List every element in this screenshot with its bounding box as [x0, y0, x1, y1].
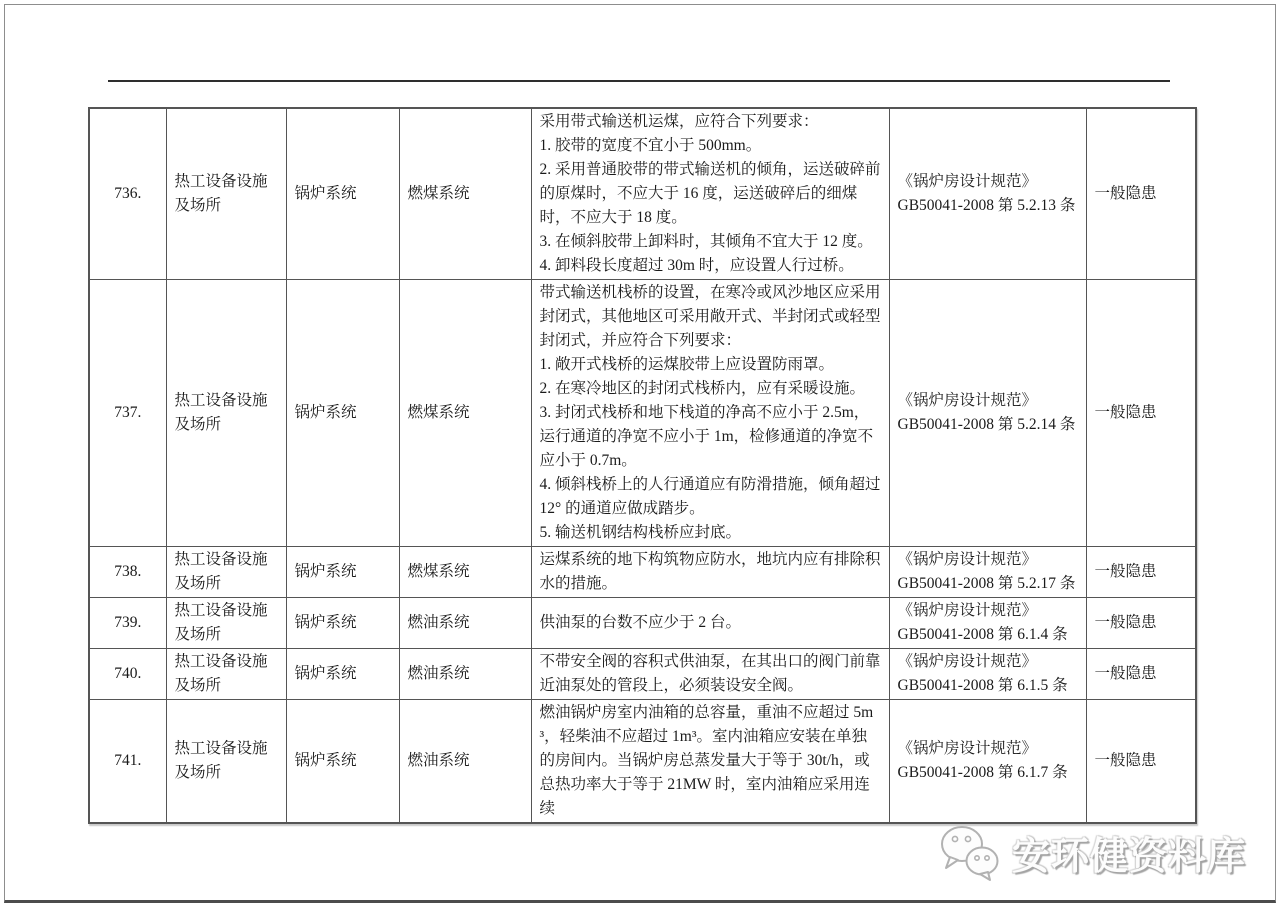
system-cell: 锅炉系统: [286, 700, 399, 824]
table-row: 741. 热工设备设施及场所 锅炉系统 燃油系统 燃油锅炉房室内油箱的总容量，重…: [89, 700, 1196, 824]
row-number-cell: 738.: [89, 547, 166, 598]
subsystem-cell: 燃煤系统: [399, 280, 531, 547]
hazard-level-cell: 一般隐患: [1086, 108, 1196, 280]
system-cell: 锅炉系统: [286, 108, 399, 280]
subsystem-cell: 燃油系统: [399, 649, 531, 700]
hazard-level-cell: 一般隐患: [1086, 649, 1196, 700]
table-row: 739. 热工设备设施及场所 锅炉系统 燃油系统 供油泵的台数不应少于 2 台。…: [89, 598, 1196, 649]
subsystem-cell: 燃煤系统: [399, 547, 531, 598]
row-number-cell: 736.: [89, 108, 166, 280]
header-rule: [108, 80, 1170, 82]
hazard-level-cell: 一般隐患: [1086, 280, 1196, 547]
reference-cell: 《锅炉房设计规范》 GB50041-2008 第 5.2.14 条: [889, 280, 1086, 547]
row-number-cell: 737.: [89, 280, 166, 547]
category-cell: 热工设备设施及场所: [166, 700, 286, 824]
reference-cell: 《锅炉房设计规范》 GB50041-2008 第 5.2.13 条: [889, 108, 1086, 280]
document-page: 736. 热工设备设施及场所 锅炉系统 燃煤系统 采用带式输送机运煤，应符合下列…: [0, 0, 1280, 905]
category-cell: 热工设备设施及场所: [166, 649, 286, 700]
hazard-level-cell: 一般隐患: [1086, 547, 1196, 598]
watermark-text: 安环健资料库: [1012, 825, 1246, 880]
requirement-cell: 不带安全阀的容积式供油泵，在其出口的阀门前靠近油泵处的管段上，必须装设安全阀。: [531, 649, 889, 700]
category-cell: 热工设备设施及场所: [166, 598, 286, 649]
row-number-cell: 739.: [89, 598, 166, 649]
category-cell: 热工设备设施及场所: [166, 280, 286, 547]
category-cell: 热工设备设施及场所: [166, 108, 286, 280]
wechat-icon: [938, 822, 1002, 882]
requirement-cell: 运煤系统的地下构筑物应防水，地坑内应有排除积水的措施。: [531, 547, 889, 598]
watermark: 安环健资料库: [938, 822, 1246, 882]
category-cell: 热工设备设施及场所: [166, 547, 286, 598]
hazard-level-cell: 一般隐患: [1086, 598, 1196, 649]
subsystem-cell: 燃油系统: [399, 700, 531, 824]
reference-cell: 《锅炉房设计规范》 GB50041-2008 第 6.1.4 条: [889, 598, 1086, 649]
table-row: 736. 热工设备设施及场所 锅炉系统 燃煤系统 采用带式输送机运煤，应符合下列…: [89, 108, 1196, 280]
reference-cell: 《锅炉房设计规范》 GB50041-2008 第 5.2.17 条: [889, 547, 1086, 598]
row-number-cell: 741.: [89, 700, 166, 824]
system-cell: 锅炉系统: [286, 649, 399, 700]
system-cell: 锅炉系统: [286, 547, 399, 598]
system-cell: 锅炉系统: [286, 280, 399, 547]
table-row: 740. 热工设备设施及场所 锅炉系统 燃油系统 不带安全阀的容积式供油泵，在其…: [89, 649, 1196, 700]
requirement-cell: 采用带式输送机运煤，应符合下列要求： 1. 胶带的宽度不宜小于 500mm。 2…: [531, 108, 889, 280]
hazard-checklist-table: 736. 热工设备设施及场所 锅炉系统 燃煤系统 采用带式输送机运煤，应符合下列…: [88, 107, 1197, 824]
subsystem-cell: 燃煤系统: [399, 108, 531, 280]
requirement-cell: 供油泵的台数不应少于 2 台。: [531, 598, 889, 649]
subsystem-cell: 燃油系统: [399, 598, 531, 649]
table-row: 738. 热工设备设施及场所 锅炉系统 燃煤系统 运煤系统的地下构筑物应防水，地…: [89, 547, 1196, 598]
row-number-cell: 740.: [89, 649, 166, 700]
table-row: 737. 热工设备设施及场所 锅炉系统 燃煤系统 带式输送机栈桥的设置，在寒冷或…: [89, 280, 1196, 547]
reference-cell: 《锅炉房设计规范》 GB50041-2008 第 6.1.7 条: [889, 700, 1086, 824]
hazard-level-cell: 一般隐患: [1086, 700, 1196, 824]
reference-cell: 《锅炉房设计规范》 GB50041-2008 第 6.1.5 条: [889, 649, 1086, 700]
requirement-cell: 带式输送机栈桥的设置，在寒冷或风沙地区应采用封闭式，其他地区可采用敞开式、半封闭…: [531, 280, 889, 547]
requirement-cell: 燃油锅炉房室内油箱的总容量，重油不应超过 5m³，轻柴油不应超过 1m³。室内油…: [531, 700, 889, 824]
system-cell: 锅炉系统: [286, 598, 399, 649]
